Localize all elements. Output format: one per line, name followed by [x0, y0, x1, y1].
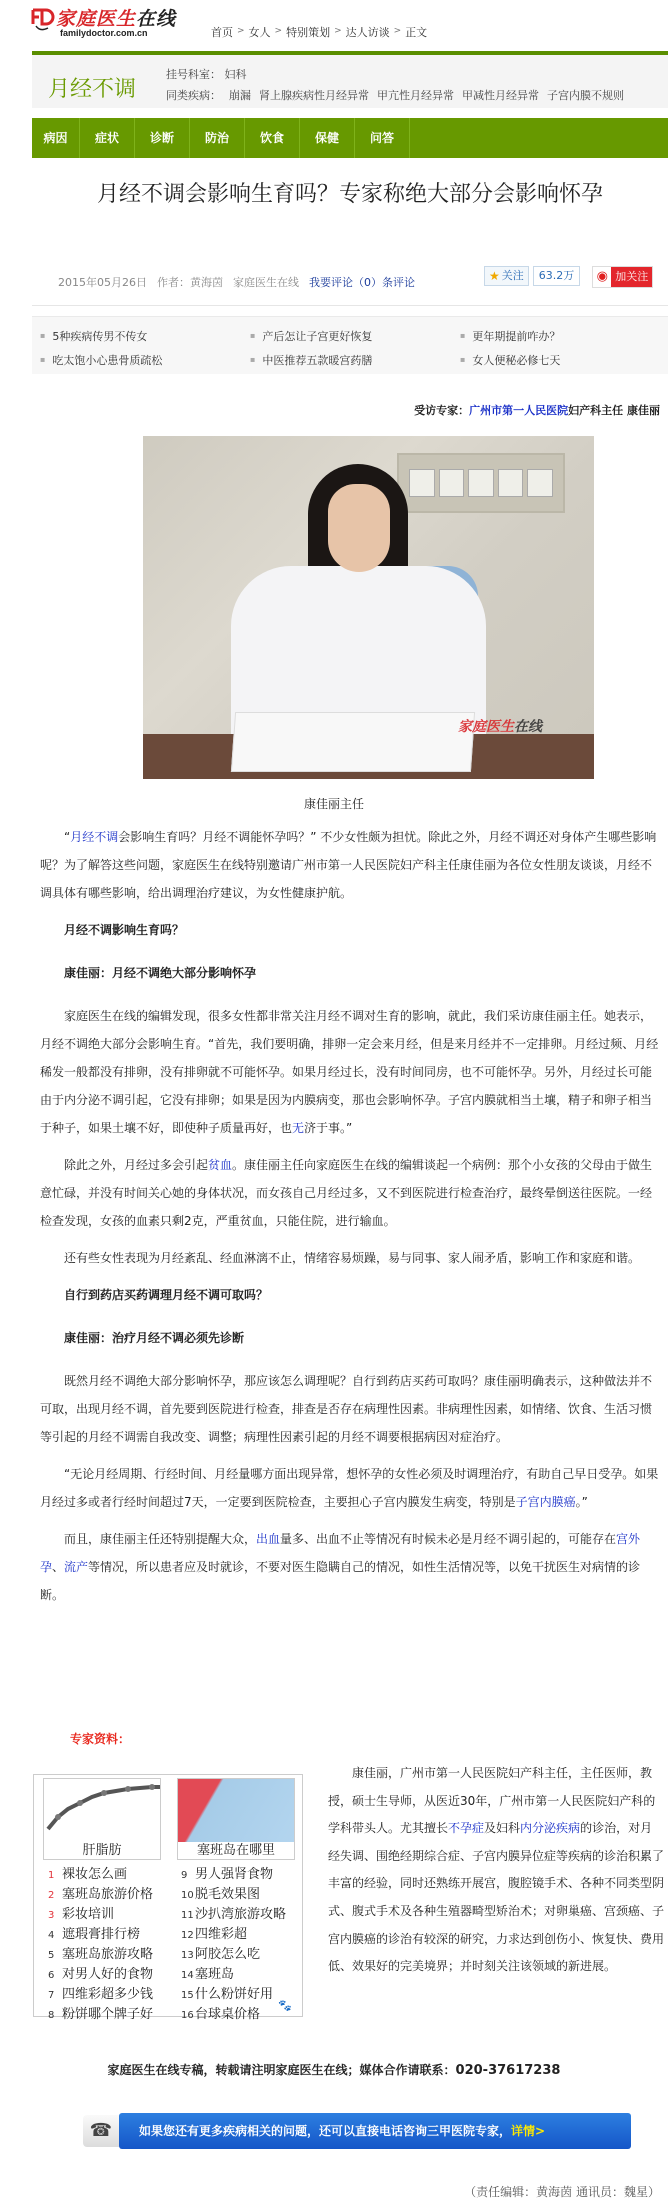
paragraph: 还有些女性表现为月经紊乱、经血淋漓不止，情绪容易烦躁，易与同事、家人闹矛盾，影响… [40, 1244, 660, 1272]
nav-tab-diagnosis[interactable]: 诊断 [135, 118, 190, 158]
hot-item[interactable]: 6对男人好的食物 [48, 1965, 153, 1985]
hot-item[interactable]: 11沙扒湾旅游攻略 [181, 1905, 286, 1925]
breadcrumb-interview[interactable]: 达人访谈 [346, 24, 390, 40]
related-diseases-label: 同类疾病： [166, 87, 221, 103]
photo-caption: 康佳丽主任 [0, 795, 668, 812]
related-article-link[interactable]: 5种疾病传男不传女 [52, 330, 147, 343]
breadcrumb-home[interactable]: 首页 [211, 24, 233, 40]
paw-icon[interactable]: 🐾 [278, 1999, 292, 2012]
open-book [231, 712, 475, 772]
expert-label: 受访专家： [414, 404, 469, 417]
hot-item[interactable]: 2塞班岛旅游价格 [48, 1885, 153, 1905]
hot-thumb-label: 肝脂肪 [44, 1842, 160, 1860]
breadcrumb-women[interactable]: 女人 [249, 24, 271, 40]
breadcrumb-current: 正文 [405, 24, 427, 40]
wall-socket [397, 453, 565, 513]
section-heading: 月经不调影响生育吗？ [40, 916, 660, 944]
paragraph: 家庭医生在线的编辑发现，很多女性都非常关注月经不调对生育的影响，就此，我们采访康… [40, 1002, 660, 1142]
details-link[interactable]: 详情> [511, 2124, 545, 2138]
fd-logo-icon [30, 6, 56, 32]
hot-item[interactable]: 9男人强肾食物 [181, 1865, 286, 1885]
keyword-link[interactable]: 月经不调 [70, 830, 118, 844]
breadcrumb: 首页 > 女人 > 特别策划 > 达人访谈 > 正文 [211, 24, 427, 40]
related-article-link[interactable]: 产后怎让子宫更好恢复 [262, 330, 372, 343]
keyword-link[interactable]: 无 [292, 1121, 304, 1135]
contact-phone: 020-37617238 [456, 2063, 561, 2078]
nav-tab-treatment[interactable]: 防治 [190, 118, 245, 158]
molecule-image [44, 1779, 160, 1842]
doctor-photo: 家庭医生在线 [143, 436, 594, 779]
weibo-follow-button[interactable]: ◉ 加关注 [592, 266, 653, 288]
consult-banner-text: 如果您还有更多疾病相关的问题，还可以直接电话咨询三甲医院专家，详情> [119, 2113, 631, 2149]
related-article-link[interactable]: 更年期提前咋办？ [472, 330, 560, 343]
share-bar: ★ 关注 63.2万 ◉ 加关注 [484, 266, 653, 288]
hot-thumb[interactable]: 肝脂肪 [43, 1778, 161, 1860]
hot-item[interactable]: 7四维彩超多少钱 [48, 1985, 153, 2005]
related-disease-link[interactable]: 甲亢性月经异常 [377, 87, 454, 103]
publish-date: 2015年05月26日 [58, 274, 147, 290]
disease-name[interactable]: 月经不调 [48, 72, 136, 103]
author: 作者：黄海茵 [157, 274, 223, 290]
disease-header: 月经不调 挂号科室： 妇科 同类疾病： 崩漏 肾上腺疾病性月经异常 甲亢性月经异… [32, 51, 668, 108]
related-article-link[interactable]: 中医推荐五款暖宫药膳 [262, 354, 372, 367]
paragraph: 既然月经不调绝大部分影响怀孕，那应该怎么调理呢？自行到药店买药可取吗？康佳丽明确… [40, 1367, 660, 1451]
follow-count: 63.2万 [533, 266, 581, 286]
follow-button[interactable]: ★ 关注 [484, 266, 529, 286]
consult-banner[interactable]: ☎ 如果您还有更多疾病相关的问题，还可以直接电话咨询三甲医院专家，详情> [83, 2113, 631, 2149]
keyword-link[interactable]: 不孕症 [448, 1821, 484, 1835]
nav-tab-qa[interactable]: 问答 [355, 118, 410, 158]
article-body: “月经不调会影响生育吗？月经不调能怀孕吗？” 不少女性颇为担忧。除此之外，月经不… [40, 823, 660, 1618]
hot-item[interactable]: 12四维彩超 [181, 1925, 286, 1945]
related-article-link[interactable]: 女人便秘必修七天 [472, 354, 560, 367]
disease-nav: 病因 症状 诊断 防治 饮食 保健 问答 [32, 118, 668, 158]
expert-profile-label: 专家资料： [70, 1730, 130, 1747]
breadcrumb-separator: > [275, 24, 283, 40]
site-logo[interactable]: 家庭医生在线 familydoctor.com.cn [30, 4, 190, 42]
map-image [178, 1779, 294, 1842]
hot-thumb[interactable]: 塞班岛在哪里 [177, 1778, 295, 1860]
section-heading: 自行到药店买药调理月经不调可取吗？ [40, 1281, 660, 1309]
photo-watermark: 家庭医生在线 [458, 716, 542, 736]
face [328, 484, 390, 572]
hot-item[interactable]: 3彩妆培训 [48, 1905, 153, 1925]
follow-label: 关注 [502, 267, 524, 285]
article-title: 月经不调会影响生育吗？专家称绝大部分会影响怀孕 [40, 180, 660, 209]
breadcrumb-separator: > [237, 24, 245, 40]
breadcrumb-special[interactable]: 特别策划 [286, 24, 330, 40]
hot-item[interactable]: 4遮瑕膏排行榜 [48, 1925, 153, 1945]
article-meta: 2015年05月26日 作者：黄海茵 家庭医生在线 我要评论（0）条评论 [58, 274, 415, 290]
hot-item[interactable]: 1裸妆怎么画 [48, 1865, 153, 1885]
interviewed-expert: 受访专家：广州市第一人民医院妇产科主任 康佳丽 [414, 402, 660, 418]
nav-tab-care[interactable]: 保健 [300, 118, 355, 158]
weibo-icon: ◉ [593, 267, 611, 287]
hot-thumb-label: 塞班岛在哪里 [178, 1842, 294, 1860]
expert-profile-text: 康佳丽，广州市第一人民医院妇产科主任，主任医师，教授，硕士生导师，从医近30年，… [328, 1760, 664, 1981]
nav-tab-symptom[interactable]: 症状 [80, 118, 135, 158]
keyword-link[interactable]: 内分泌疾病 [520, 1821, 580, 1835]
weibo-follow-label: 加关注 [611, 267, 652, 287]
keyword-link[interactable]: 出血 [256, 1532, 280, 1546]
department-label: 挂号科室： [166, 68, 221, 81]
hospital-link[interactable]: 广州市第一人民医院 [469, 404, 568, 417]
keyword-link[interactable]: 贫血 [208, 1158, 232, 1172]
hot-item[interactable]: 10脱毛效果图 [181, 1885, 286, 1905]
nav-tab-cause[interactable]: 病因 [32, 118, 80, 158]
hot-item[interactable]: 14塞班岛 [181, 1965, 286, 1985]
divider [32, 305, 668, 306]
related-disease-link[interactable]: 子宫内膜不规则 [547, 87, 624, 103]
source: 家庭医生在线 [233, 274, 299, 290]
breadcrumb-separator: > [334, 24, 342, 40]
related-disease-link[interactable]: 甲减性月经异常 [462, 87, 539, 103]
paragraph: 除此之外，月经过多会引起贫血。康佳丽主任向家庭医生在线的编辑谈起一个病例：那个小… [40, 1151, 660, 1235]
nav-tab-diet[interactable]: 饮食 [245, 118, 300, 158]
department-line: 挂号科室： 妇科 [166, 66, 247, 82]
hot-item[interactable]: 5塞班岛旅游攻略 [48, 1945, 153, 1965]
telephone-icon: ☎ [83, 2115, 119, 2147]
section-heading: 康佳丽：月经不调绝大部分影响怀孕 [40, 959, 660, 987]
related-articles: 5种疾病传男不传女 产后怎让子宫更好恢复 更年期提前咋办？ 吃太饱小心患骨质疏松… [32, 316, 668, 374]
related-diseases: 同类疾病： 崩漏 肾上腺疾病性月经异常 甲亢性月经异常 甲减性月经异常 子宫内膜… [166, 87, 624, 103]
keyword-link[interactable]: 流产 [64, 1560, 88, 1574]
hot-item[interactable]: 8粉饼哪个牌子好 [48, 2005, 153, 2025]
hot-item[interactable]: 15什么粉饼好用 [181, 1985, 286, 2005]
breadcrumb-separator: > [394, 24, 402, 40]
section-heading: 康佳丽：治疗月经不调必须先诊断 [40, 1324, 660, 1352]
paragraph: “无论月经周期、行经时间、月经量哪方面出现异常，想怀孕的女性必须及时调理治疗，有… [40, 1460, 660, 1516]
star-icon: ★ [489, 267, 500, 285]
top-bar: 家庭医生在线 familydoctor.com.cn 首页 > 女人 > 特别策… [0, 0, 668, 44]
logo-text: 家庭医生在线 [56, 4, 176, 31]
related-disease-link[interactable]: 肾上腺疾病性月经异常 [259, 87, 369, 103]
department-link[interactable]: 妇科 [225, 68, 247, 81]
related-article-link[interactable]: 吃太饱小心患骨质疏松 [52, 354, 162, 367]
logo-domain: familydoctor.com.cn [60, 28, 148, 38]
paragraph: “月经不调会影响生育吗？月经不调能怀孕吗？” 不少女性颇为担忧。除此之外，月经不… [40, 823, 660, 907]
related-disease-link[interactable]: 崩漏 [229, 87, 251, 103]
keyword-link[interactable]: 子宫内膜癌 [516, 1495, 576, 1509]
hot-search-box: 肝脂肪 塞班岛在哪里 1裸妆怎么画 2塞班岛旅游价格 3彩妆培训 4遮瑕膏排行榜… [33, 1774, 303, 2017]
copyright-note: 家庭医生在线专稿，转载请注明家庭医生在线；媒体合作请联系：020-3761723… [0, 2061, 668, 2078]
hot-item[interactable]: 13阿胶怎么吃 [181, 1945, 286, 1965]
expert-title: 妇产科主任 康佳丽 [568, 404, 660, 417]
paragraph: 而且，康佳丽主任还特别提醒大众，出血量多、出血不止等情况有时候未必是月经不调引起… [40, 1525, 660, 1609]
editor-credit: （责任编辑：黄海茵 通讯员：魏星） [464, 2183, 660, 2200]
comment-link[interactable]: 我要评论（0）条评论 [309, 274, 415, 290]
hot-item[interactable]: 16台球桌价格 [181, 2005, 286, 2025]
